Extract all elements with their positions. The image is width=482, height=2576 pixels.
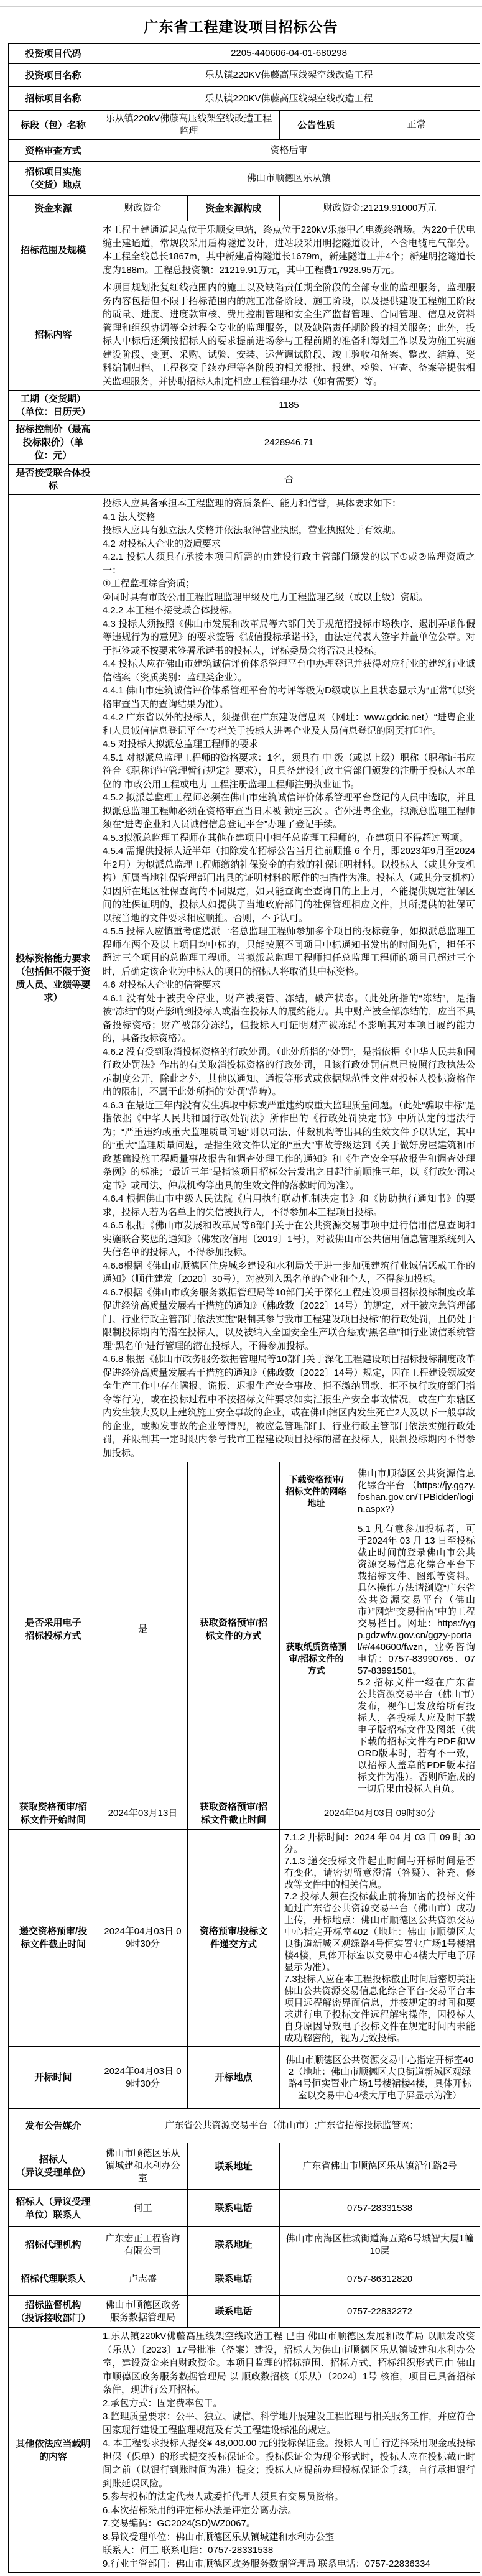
submission-method-label: 资格预审/投标文 件递交方式	[188, 1830, 280, 2047]
consortium-label: 是否接受联合体投 标	[9, 465, 98, 495]
table-row: 是否采用电子 招标投标方式 是 获取资格预审/招 标文件的方式 下载资格预审/ …	[9, 1462, 480, 1521]
table-row: 招标内容 本项目规划批复红线范围内的施工以及缺陷责任期全阶段的全部专业的监理服务…	[9, 279, 480, 391]
table-row: 资金来源 财政资金 资金来源构成 财政资金:21219.91000万元	[9, 196, 480, 221]
location-label: 招标项目实施 （交货）地点	[9, 162, 98, 196]
obtain-end-value: 2024年04月03日 09时30分	[280, 1797, 480, 1830]
opening-time-label: 开标时间	[9, 2047, 98, 2109]
table-row: 招标控制价（最高 投标限价）（单 位：元） 2428946.71	[9, 421, 480, 465]
table-row: 工期（交货期） （单位：日历天） 1185	[9, 391, 480, 421]
media-value: 广东省公共资源交易平台（佛山市）;广东省招标投标监管网;	[98, 2109, 480, 2143]
opening-time-value: 2024年04月03日 09时30分	[98, 2047, 188, 2109]
qual-method-label: 资格审查方式	[9, 140, 98, 162]
duration-label: 工期（交货期） （单位：日历天）	[9, 391, 98, 421]
tenderer-label: 招标人 （异议受理单位）	[9, 2143, 98, 2190]
agency-label: 招标代理机构	[9, 2227, 98, 2263]
electronic-value: 是	[98, 1462, 188, 1797]
obtain-start-label: 获取资格预审/招 标文件开始时间	[9, 1797, 98, 1830]
agency-address-label: 联系地址	[188, 2227, 280, 2263]
agency-value: 广东宏正工程咨询有限公司	[98, 2227, 188, 2263]
content-label: 招标内容	[9, 279, 98, 391]
table-row: 招标项目实施 （交货）地点 佛山市顺德区乐从镇	[9, 162, 480, 196]
funds-composition-value: 财政资金:21219.91000万元	[280, 196, 480, 221]
agency-tel-value: 0757-86312820	[280, 2263, 480, 2296]
tender-name-label: 招标项目名称	[9, 87, 98, 111]
table-row: 招标人 （异议受理单位） 佛山市顺德区乐从镇城建和水利办公室 联系地址 广东省佛…	[9, 2143, 480, 2190]
other-content-label: 其他依法应当载明 的内容	[9, 2328, 98, 2573]
submission-deadline-value: 2024年04月03日 09时30分	[98, 1830, 188, 2047]
table-row: 投资项目名称 乐从镇220KV佛藤高压线架空线改造工程	[9, 64, 480, 87]
top-divider	[0, 6, 482, 7]
table-row: 其他依法应当载明 的内容 1.乐从镇220kV佛藤高压线架空线改造工程 已由 佛…	[9, 2328, 480, 2573]
agency-address-value: 佛山市南海区桂城街道海五路6号城智大厦1幢10层	[280, 2227, 480, 2263]
tenderer-contact-value: 何工	[98, 2190, 188, 2227]
tenderer-tel-label: 联系电话	[188, 2190, 280, 2227]
agency-tel-label: 联系电话	[188, 2263, 280, 2296]
supervisor-value: 佛山市顺德区政务服务数据管理局	[98, 2296, 188, 2328]
tenderer-contact-label: 招标人（异议受理 单位）联系人	[9, 2190, 98, 2227]
table-row: 获取资格预审/招 标文件开始时间 2024年03月13日 获取资格预审/招 标文…	[9, 1797, 480, 1830]
table-row: 投标资格能力要求 （包括但不限于资 质人员、业绩等要 求） 投标人应具备承担本工…	[9, 495, 480, 1462]
download-address-label: 下载资格预审/ 招标文件的网络 地址	[280, 1462, 353, 1521]
section-pkg-value: 乐从镇220kV佛藤高压线架空线改造工程监理	[98, 111, 280, 140]
obtain-method-label: 获取资格预审/招 标文件的方式	[188, 1462, 280, 1797]
obtain-start-value: 2024年03月13日	[98, 1797, 188, 1830]
price-limit-label: 招标控制价（最高 投标限价）（单 位：元）	[9, 421, 98, 465]
other-content-value: 1.乐从镇220kV佛藤高压线架空线改造工程 已由 佛山市顺德区发展和改革局 以…	[98, 2328, 480, 2573]
table-row: 招标监督机构 （投诉接收部门） 佛山市顺德区政务服务数据管理局 联系电话 075…	[9, 2296, 480, 2328]
qual-method-value: 资格后审	[98, 140, 480, 162]
electronic-label: 是否采用电子 招标投标方式	[9, 1462, 98, 1797]
invest-code-label: 投资项目代码	[9, 44, 98, 64]
location-value: 佛山市顺德区乐从镇	[98, 162, 480, 196]
section-pkg-label: 标段（包）名称	[9, 111, 98, 140]
table-row: 递交资格预审/投 标文件截止时间 2024年04月03日 09时30分 资格预审…	[9, 1830, 480, 2047]
download-address-value: 佛山市顺德区公共资源信息化综合平台 （https://jy.ggzy.fosha…	[353, 1462, 480, 1521]
tenderer-tel-value: 0757-28331538	[280, 2190, 480, 2227]
consortium-value: 否	[98, 465, 480, 495]
tender-name-value: 乐从镇220KV佛藤高压线架空线改造工程	[98, 87, 480, 111]
table-row: 招标代理机构 广东宏正工程咨询有限公司 联系地址 佛山市南海区桂城街道海五路6号…	[9, 2227, 480, 2263]
scope-value: 本工程土建通道起点位于乐顺变电站，终点位于220kV乐藤甲乙电缆终端场。为220…	[98, 221, 480, 279]
invest-code-value: 2205-440606-04-01-680298	[98, 44, 480, 64]
table-row: 招标范围及规模 本工程土建通道起点位于乐顺变电站，终点位于220kV乐藤甲乙电缆…	[9, 221, 480, 279]
opening-place-value: 佛山市顺德区公共资源交易中心指定开标室402（地址：佛山市顺德区大良街道新城区观…	[280, 2047, 480, 2109]
funds-composition-label: 资金来源构成	[188, 196, 280, 221]
submission-method-value: 7.1.2 开标时间：2024 年 04 月 03 日 09 时 30 分。 7…	[280, 1830, 480, 2047]
opening-place-label: 开标地点	[188, 2047, 280, 2109]
submission-deadline-label: 递交资格预审/投 标文件截止时间	[9, 1830, 98, 2047]
invest-name-value: 乐从镇220KV佛藤高压线架空线改造工程	[98, 64, 480, 87]
supervisor-tel-label: 联系电话	[188, 2296, 280, 2328]
table-row: 资格审查方式 资格后审	[9, 140, 480, 162]
tenderer-address-label: 联系地址	[188, 2143, 280, 2190]
paper-obtain-label: 获取纸质资格预 审/招标文件的 方式	[280, 1521, 353, 1797]
price-limit-value: 2428946.71	[98, 421, 480, 465]
supervisor-label: 招标监督机构 （投诉接收部门）	[9, 2296, 98, 2328]
agency-contact-label: 招标代理联系人	[9, 2263, 98, 2296]
funds-label: 资金来源	[9, 196, 98, 221]
notice-nature-label: 公告性质	[280, 111, 353, 140]
duration-value: 1185	[98, 391, 480, 421]
qualification-value: 投标人应具备承担本工程监理的资质条件、能力和信誉，具体要求如下： 4.1 法人资…	[98, 495, 480, 1462]
table-row: 投资项目代码 2205-440606-04-01-680298	[9, 44, 480, 64]
table-row: 是否接受联合体投 标 否	[9, 465, 480, 495]
table-row: 招标项目名称 乐从镇220KV佛藤高压线架空线改造工程	[9, 87, 480, 111]
agency-contact-value: 卢志盛	[98, 2263, 188, 2296]
announcement-table: 投资项目代码 2205-440606-04-01-680298 投资项目名称 乐…	[8, 43, 480, 2573]
table-row: 招标代理联系人 卢志盛 联系电话 0757-86312820	[9, 2263, 480, 2296]
obtain-end-label: 获取资格预审/招 标文件截止时间	[188, 1797, 280, 1830]
tenderer-value: 佛山市顺德区乐从镇城建和水利办公室	[98, 2143, 188, 2190]
media-label: 发布公告媒介	[9, 2109, 98, 2143]
tenderer-address-value: 广东省佛山市顺德区乐从镇沿江路2号	[280, 2143, 480, 2190]
table-row: 开标时间 2024年04月03日 09时30分 开标地点 佛山市顺德区公共资源交…	[9, 2047, 480, 2109]
table-row: 招标人（异议受理 单位）联系人 何工 联系电话 0757-28331538	[9, 2190, 480, 2227]
funds-value: 财政资金	[98, 196, 188, 221]
notice-nature-value: 正常	[353, 111, 480, 140]
qualification-label: 投标资格能力要求 （包括但不限于资 质人员、业绩等要 求）	[9, 495, 98, 1462]
paper-obtain-value: 5.1 凡有意参加投标者，可于2024年 03 月 13 日至投标截止时间前登录…	[353, 1521, 480, 1797]
scope-label: 招标范围及规模	[9, 221, 98, 279]
table-row: 发布公告媒介 广东省公共资源交易平台（佛山市）;广东省招标投标监管网;	[9, 2109, 480, 2143]
content-value: 本项目规划批复红线范围内的施工以及缺陷责任期全阶段的全部专业的监理服务，监理服务…	[98, 279, 480, 391]
supervisor-tel-value: 0757-22832272	[280, 2296, 480, 2328]
table-row: 标段（包）名称 乐从镇220kV佛藤高压线架空线改造工程监理 公告性质 正常	[9, 111, 480, 140]
invest-name-label: 投资项目名称	[9, 64, 98, 87]
